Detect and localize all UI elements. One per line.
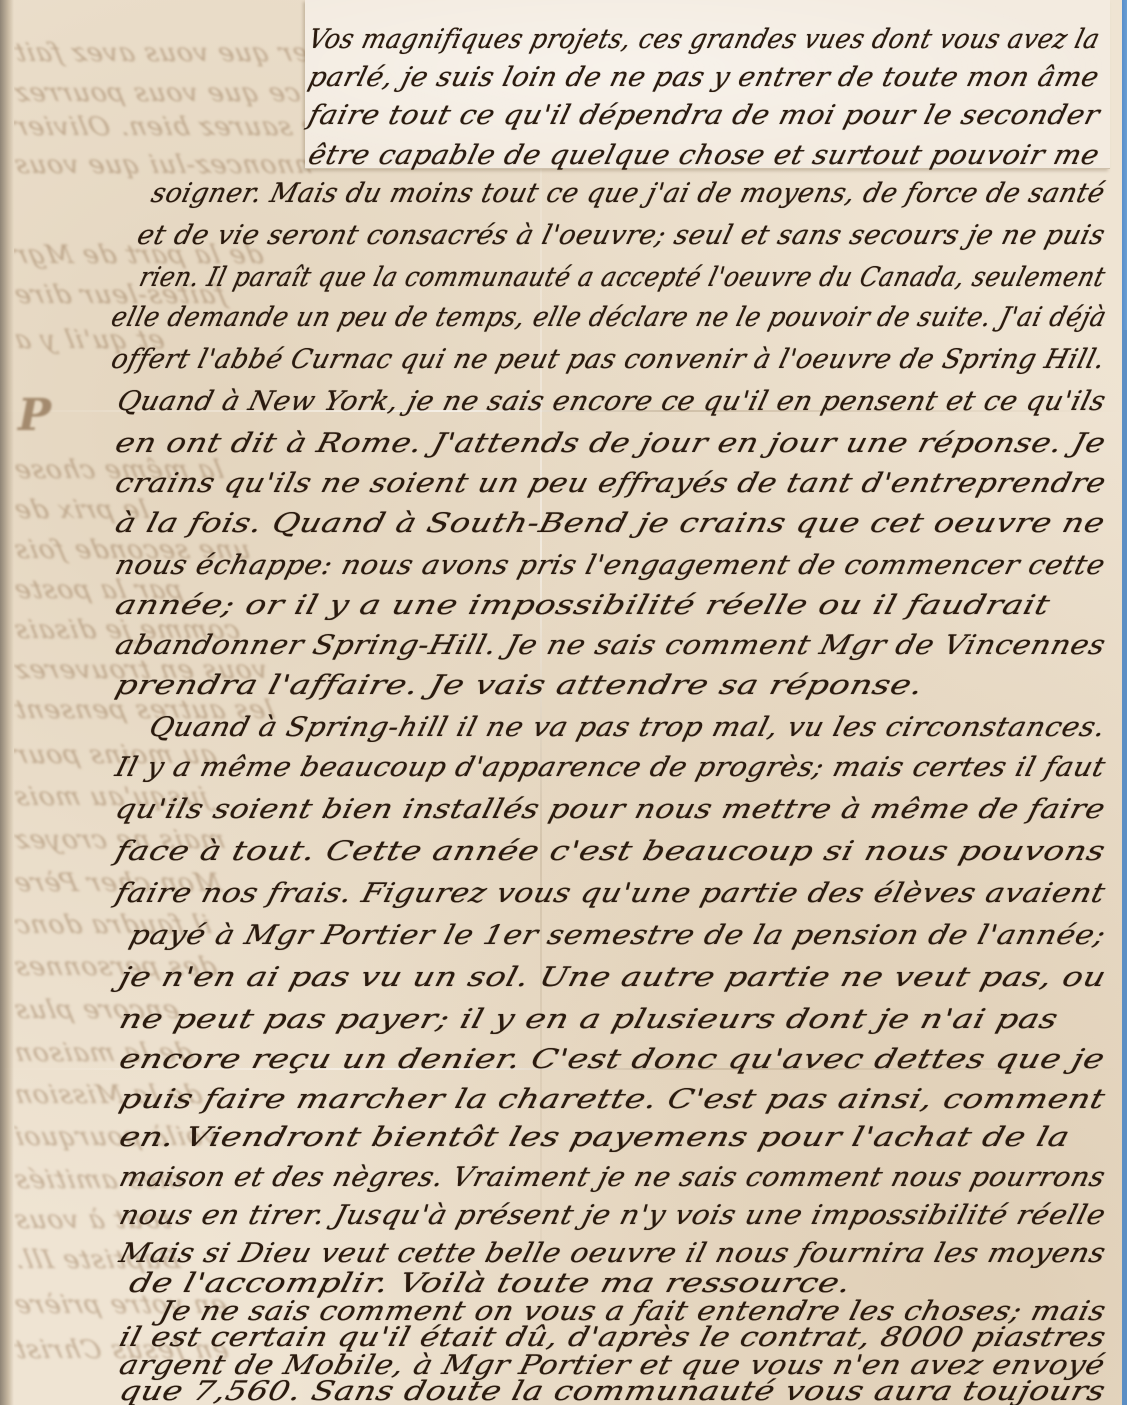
letter-line: année; or il y a une impossibilité réell… [112,590,1053,621]
letter-line: offert l'abbé Curnac qui ne peut pas con… [108,344,1108,375]
letter-line: il est certain qu'il était dû, d'après l… [116,1322,1109,1353]
letter-line: face à tout. Cette année c'est beaucoup … [112,836,1109,867]
letter-line: nous échappe: nous avons pris l'engageme… [112,550,1108,581]
inset-line: être capable de quelque chose et surtout… [305,140,1103,171]
letter-line: prendra l'affaire. Je vais attendre sa r… [112,670,926,701]
letter-line: de l'accomplir. Voilà toute ma ressource… [126,1268,854,1299]
letter-line: abandonner Spring-Hill. Je ne sais comme… [112,630,1109,661]
letter-line: nous en tirer. Jusqu'à présent je n'y vo… [116,1200,1109,1231]
letter-line: que 7,560. Sans doute la communauté vous… [116,1376,1109,1405]
letter-line: maison et des nègres. Vraiment je ne sai… [116,1162,1108,1193]
letter-line: encore reçu un denier. C'est donc qu'ave… [116,1044,1108,1075]
margin-mark: P [18,390,51,441]
inset-line: faire tout ce qu'il dépendra de moi pour… [305,100,1103,131]
inset-line: Vos magnifiques projets, ces grandes vue… [305,24,1103,55]
bleed-through-margin: se rappeler que vous avez fait ce que vo… [14,0,314,1405]
bleed-through-line: ce que vous pourrez [14,78,303,108]
inset-line: parlé, je suis loin de ne pas y entrer d… [305,62,1102,93]
letter-line: à la fois. Quand à South-Bend je crains … [112,508,1108,539]
letter-line: en ont dit à Rome. J'attends de jour en … [112,428,1109,459]
letter-line: Mais si Dieu veut cette belle oeuvre il … [116,1238,1109,1269]
letter-line: faire nos frais. Figurez vous qu'une par… [112,878,1108,909]
letter-line: crains qu'ils ne soient un peu effrayés … [112,468,1109,499]
letter-line: en. Viendront bientôt les payemens pour … [116,1122,1073,1153]
letter-line: Quand à Spring-hill il ne va pas trop ma… [146,712,1109,743]
letter-line: puis faire marcher la charette. C'est pa… [116,1084,1108,1115]
bleed-through-line: se rappeler que vous avez fait [14,38,314,68]
bleed-through-line: annoncez-lui que vous [14,150,314,180]
letter-line: rien. Il paraît que la communauté a acce… [136,262,1108,293]
letter-page: se rappeler que vous avez fait ce que vo… [0,0,1122,1405]
letter-line: et de vie seront consacrés à l'oeuvre; s… [134,220,1108,251]
letter-line: Il y a même beaucoup d'apparence de prog… [112,752,1109,783]
letter-line: soigner. Mais du moins tout ce que j'ai … [148,178,1108,209]
paper-fold-vertical [540,0,542,1405]
letter-line: payé à Mgr Portier le 1er semestre de la… [126,920,1109,951]
letter-line: qu'ils soient bien installés pour nous m… [112,794,1108,825]
letter-line: je n'en ai pas vu un sol. Une autre part… [116,962,1109,993]
letter-line: ne peut pas payer; il y en a plusieurs d… [116,1004,1061,1035]
bleed-through-line: vous le saurez bien. Olivier [14,112,314,142]
inset-sheet: Vos magnifiques projets, ces grandes vue… [305,0,1110,169]
letter-line: Quand à New York, je ne sais encore ce q… [114,386,1109,417]
letter-line: elle demande un peu de temps, elle décla… [108,302,1110,333]
